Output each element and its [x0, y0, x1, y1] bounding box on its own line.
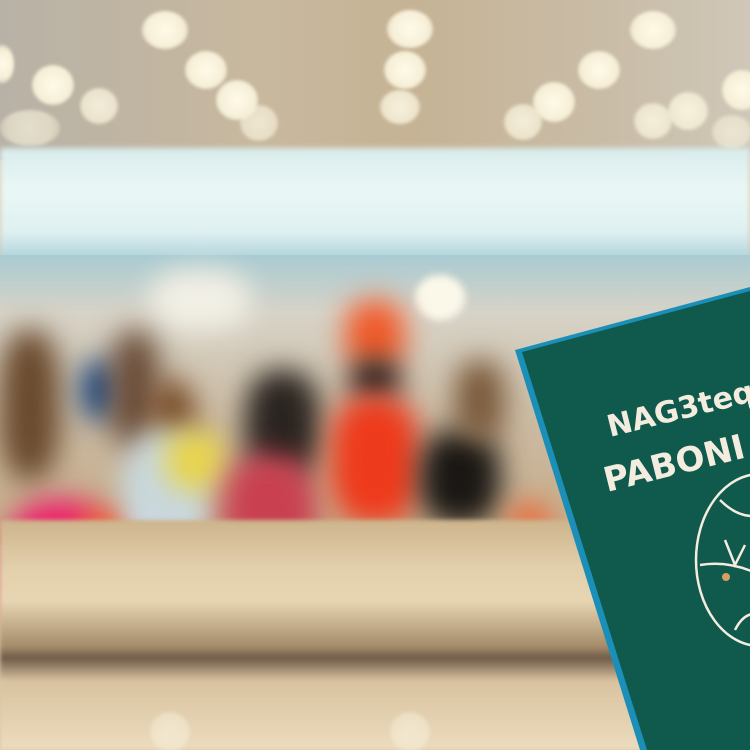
passport: NAG3teq PABONI	[0, 0, 750, 750]
airport-scene: NAG3teq PABONI	[0, 0, 750, 750]
passport-cover	[522, 291, 750, 750]
emblem-detail	[722, 573, 730, 581]
